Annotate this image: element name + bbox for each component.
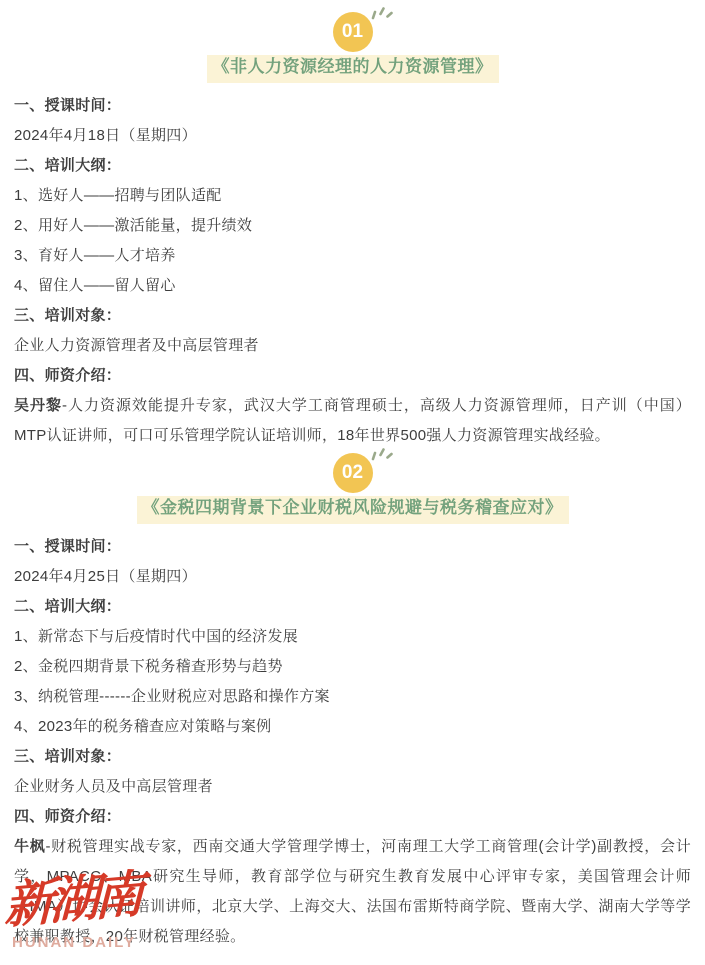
sparkle-icon	[370, 445, 394, 462]
section-header: 01 《非人力资源经理的人力资源管理》	[14, 12, 691, 83]
section-heading: 一、授课时间：	[14, 532, 691, 562]
body-line: 1、选好人——招聘与团队适配	[14, 181, 691, 211]
instructor-name: 牛枫	[14, 838, 45, 855]
body-line: 企业财务人员及中高层管理者	[14, 772, 691, 802]
body-line: 企业人力资源管理者及中高层管理者	[14, 331, 691, 361]
body-line: 2、用好人——激活能量，提升绩效	[14, 211, 691, 241]
instructor-paragraph: 吴丹黎-人力资源效能提升专家，武汉大学工商管理硕士，高级人力资源管理师，日产训（…	[14, 391, 691, 451]
course-section: 01 《非人力资源经理的人力资源管理》 一、授课时间：2024年4月18日（星期…	[14, 12, 691, 451]
body-line: 3、育好人——人才培养	[14, 241, 691, 271]
sparkle-icon	[370, 4, 394, 21]
instructor-paragraph: 牛枫-财税管理实战专家，西南交通大学管理学博士，河南理工大学工商管理(会计学)副…	[14, 832, 691, 952]
section-header: 02 《金税四期背景下企业财税风险规避与税务稽查应对》	[14, 453, 691, 524]
section-number: 02	[333, 453, 373, 493]
body-line: 4、留住人——留人留心	[14, 271, 691, 301]
course-section: 02 《金税四期背景下企业财税风险规避与税务稽查应对》 一、授课时间：2024年…	[14, 453, 691, 952]
section-title: 《非人力资源经理的人力资源管理》	[207, 55, 499, 83]
section-heading: 二、培训大纲：	[14, 592, 691, 622]
body-line: 3、纳税管理------企业财税应对思路和操作方案	[14, 682, 691, 712]
section-badge: 02	[333, 453, 373, 493]
instructor-name: 吴丹黎	[14, 397, 62, 414]
body-line: 1、新常态下与后疫情时代中国的经济发展	[14, 622, 691, 652]
section-heading: 二、培训大纲：	[14, 151, 691, 181]
section-heading: 四、师资介绍：	[14, 361, 691, 391]
section-badge: 01	[333, 12, 373, 52]
section-title-line: 《非人力资源经理的人力资源管理》	[14, 55, 691, 83]
section-number: 01	[333, 12, 373, 52]
section-body: 一、授课时间：2024年4月18日（星期四）二、培训大纲：1、选好人——招聘与团…	[14, 91, 691, 451]
section-heading: 三、培训对象：	[14, 742, 691, 772]
section-heading: 一、授课时间：	[14, 91, 691, 121]
section-body: 一、授课时间：2024年4月25日（星期四）二、培训大纲：1、新常态下与后疫情时…	[14, 532, 691, 952]
section-heading: 四、师资介绍：	[14, 802, 691, 832]
body-line: 2024年4月18日（星期四）	[14, 121, 691, 151]
body-line: 2024年4月25日（星期四）	[14, 562, 691, 592]
section-heading: 三、培训对象：	[14, 301, 691, 331]
section-title-line: 《金税四期背景下企业财税风险规避与税务稽查应对》	[14, 496, 691, 524]
sections-container: 01 《非人力资源经理的人力资源管理》 一、授课时间：2024年4月18日（星期…	[14, 12, 691, 952]
body-line: 4、2023年的税务稽查应对策略与案例	[14, 712, 691, 742]
body-line: 2、金税四期背景下税务稽查形势与趋势	[14, 652, 691, 682]
section-title: 《金税四期背景下企业财税风险规避与税务稽查应对》	[137, 496, 569, 524]
article-page: 01 《非人力资源经理的人力资源管理》 一、授课时间：2024年4月18日（星期…	[0, 0, 705, 965]
